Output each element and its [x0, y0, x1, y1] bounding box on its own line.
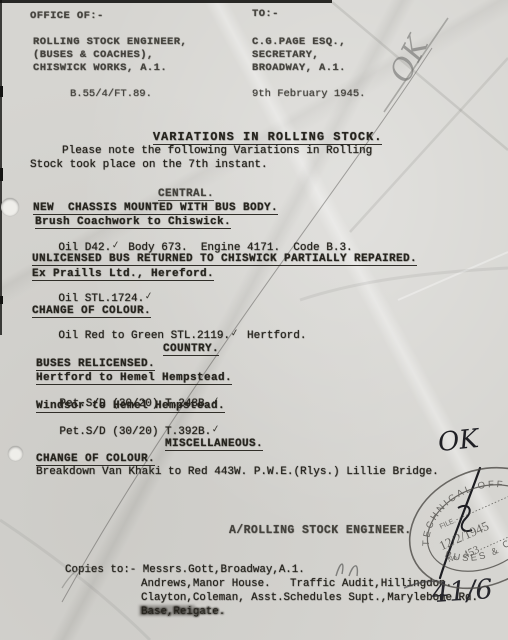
scan-edge-mark: [0, 86, 3, 97]
subheading-new-chassis: NEW CHASSIS MOUNTED WITH BUS BODY.: [33, 202, 278, 214]
subheading-change-of-colour-central: CHANGE OF COLOUR.: [32, 305, 151, 317]
office-line: (BUSES & COACHES),: [33, 49, 154, 61]
svg-text:FILE.: FILE.: [439, 517, 457, 530]
section-heading-miscellaneous: MISCELLANEOUS.: [165, 438, 263, 450]
intro-line: Please note the following Variations in …: [62, 145, 372, 157]
subheading-unlicensed-bus: UNLICENSED BUS RETURNED TO CHISWICK PART…: [32, 253, 417, 265]
check-mark: ✓: [111, 239, 121, 252]
reference-number: B.55/4/FT.89.: [70, 88, 152, 100]
copies-line: Copies to:- Messrs.Gott,Broadway,A.1.: [65, 564, 305, 576]
scan-edge-mark: [0, 168, 3, 181]
recipient-line: C.G.PAGE ESQ.,: [252, 36, 346, 48]
relicensed-route: Hertford to Hemel Hempstead.: [36, 372, 232, 384]
new-chassis-route: Brush Coachwork to Chiswick.: [35, 216, 231, 228]
misc-colour-detail: Breakdown Van Khaki to Red 443W. P.W.E.(…: [36, 466, 439, 478]
office-line: ROLLING STOCK ENGINEER,: [33, 36, 187, 48]
unlicensed-route: Ex Praills Ltd., Hereford.: [32, 268, 214, 280]
ok-handwriting: OK: [437, 424, 481, 458]
subheading-buses-relicensed: BUSES RELICENSED.: [36, 358, 155, 370]
document-scan: OFFICE OF:- TO:- ROLLING STOCK ENGINEER,…: [0, 0, 508, 640]
copies-line: Andrews,Manor House. Traffic Audit,Hilli…: [141, 578, 452, 590]
to-label: TO:-: [252, 8, 279, 20]
scan-edge-mark: [0, 296, 3, 304]
signature-line: A/ROLLING STOCK ENGINEER.: [229, 525, 412, 537]
check-mark: ✓: [211, 423, 221, 436]
overtype-smudge: [139, 605, 195, 616]
office-line: CHISWICK WORKS, A.1.: [33, 62, 167, 74]
scan-edge-top: [0, 0, 332, 3]
subheading-change-of-colour-misc: CHANGE OF COLOUR.: [36, 453, 155, 465]
pencil-scribble-mark: OK: [383, 31, 436, 89]
punch-hole: [8, 446, 23, 461]
section-heading-central: CENTRAL.: [158, 188, 214, 200]
recipient-line: BROADWAY, A.1.: [252, 62, 346, 74]
relicensed-route: Windsor to Hemel Hempstead.: [36, 400, 225, 412]
document-date: 9th February 1945.: [252, 88, 365, 100]
intro-line: Stock took place on the 7th instant.: [30, 159, 268, 171]
recipient-line: SECRETARY,: [252, 49, 319, 61]
section-heading-country: COUNTRY.: [163, 343, 219, 355]
office-of-label: OFFICE OF:-: [30, 10, 104, 22]
check-mark: ✓: [230, 327, 240, 340]
punch-hole: [1, 198, 19, 216]
check-mark: ✓: [144, 290, 154, 303]
